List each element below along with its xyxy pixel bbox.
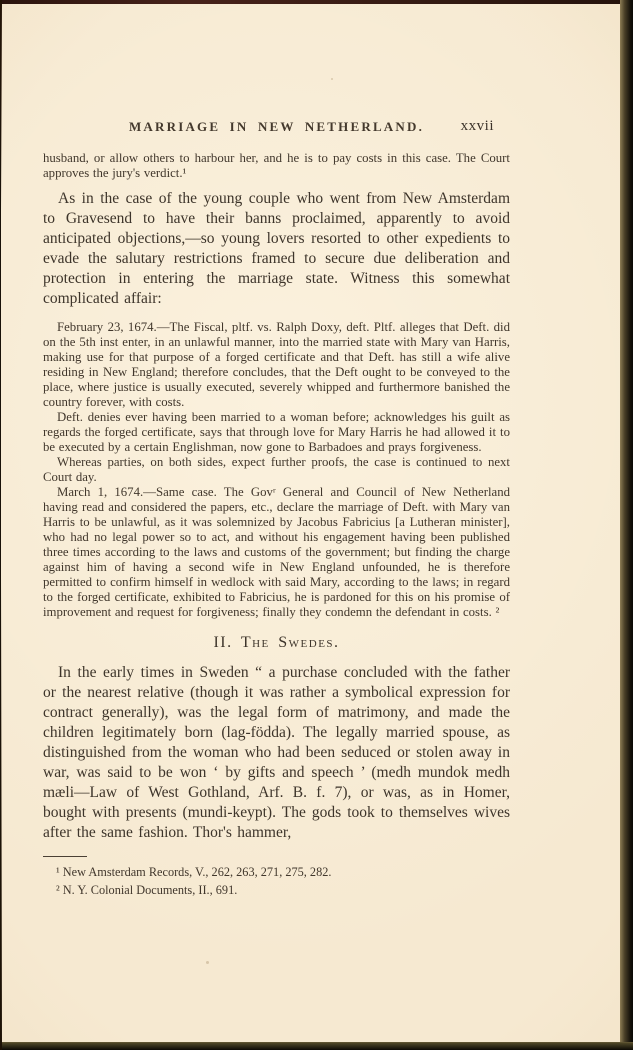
page-edge-top <box>0 0 633 4</box>
paragraph-sweden: In the early times in Sweden “ a purchas… <box>43 663 510 843</box>
running-head: MARRIAGE IN NEW NETHERLAND. xxvii <box>43 119 510 137</box>
footnote-1: ¹ New Amsterdam Records, V., 262, 263, 2… <box>43 864 510 882</box>
paragraph-young-couple: As in the case of the young couple who w… <box>43 189 510 309</box>
running-header-title: MARRIAGE IN NEW NETHERLAND. <box>43 119 510 135</box>
footnote-2: ² N. Y. Colonial Documents, II., 691. <box>43 882 510 900</box>
scanned-book-page: MARRIAGE IN NEW NETHERLAND. xxvii husban… <box>0 0 633 1050</box>
paper-speck <box>206 961 209 964</box>
paper-surface: MARRIAGE IN NEW NETHERLAND. xxvii husban… <box>1 3 621 1043</box>
page-edge-left <box>0 0 2 1050</box>
text-column: MARRIAGE IN NEW NETHERLAND. xxvii husban… <box>43 3 510 899</box>
extract-february-case: February 23, 1674.—The Fiscal, pltf. vs.… <box>43 320 510 410</box>
page-edge-bottom <box>0 1042 633 1050</box>
court-record-extracts: February 23, 1674.—The Fiscal, pltf. vs.… <box>43 320 510 620</box>
footnotes: ¹ New Amsterdam Records, V., 262, 263, 2… <box>43 864 510 899</box>
footnote-separator-rule <box>43 856 87 857</box>
extract-march-case: March 1, 1674.—Same case. The Govʳ Gener… <box>43 485 510 620</box>
page-edge-right <box>620 0 633 1050</box>
section-heading-the-swedes: II. The Swedes. <box>43 634 510 652</box>
carryover-extract: husband, or allow others to harbour her,… <box>43 151 510 181</box>
extract-whereas-parties: Whereas parties, on both sides, expect f… <box>43 455 510 485</box>
extract-deft-denies: Deft. denies ever having been married to… <box>43 410 510 455</box>
page-number: xxvii <box>461 118 494 135</box>
